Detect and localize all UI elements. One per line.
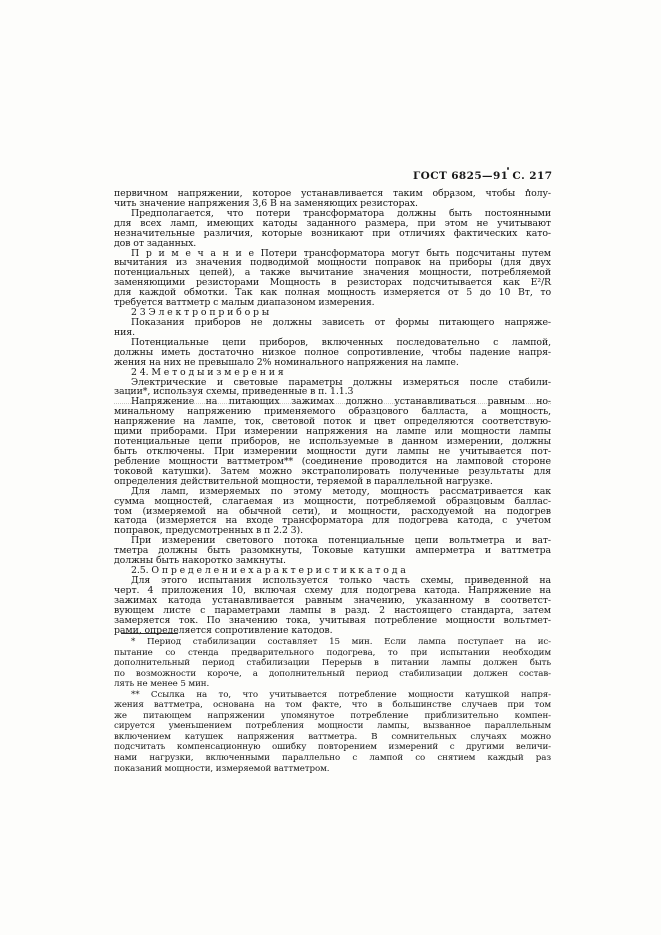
text-line: нами нагрузки, включенными параллельно с… bbox=[114, 753, 551, 764]
text-line: ** Ссылка на то, что учитывается потребл… bbox=[114, 690, 551, 701]
main-text-column: первичном напряжении, которое устанавлив… bbox=[114, 189, 551, 635]
text-line: по возможности короче, а дополнительный … bbox=[114, 669, 551, 680]
footnotes-column: * Период стабилизации составляет 15 мин.… bbox=[114, 637, 551, 774]
scanned-document-page: ГОСТ 6825—91 С. 217 первичном напряжении… bbox=[0, 0, 661, 935]
text-line: пытание со стенда предварительного подог… bbox=[114, 648, 551, 659]
text-line: дополнительный период стабилизации Перер… bbox=[114, 658, 551, 669]
text-line: лять не менее 5 мин. bbox=[114, 679, 551, 690]
text-line: сируется уменьшением потребления мощност… bbox=[114, 721, 551, 732]
text-line: рами, определяется сопротивление катодов… bbox=[114, 626, 551, 636]
text-line: сумма мощностей, слагаемая из мощности, … bbox=[114, 497, 551, 507]
text-line: же питающем напряжении упомянутое потреб… bbox=[114, 711, 551, 722]
page-header-gost-number: ГОСТ 6825—91 С. 217 bbox=[413, 170, 555, 182]
text-line: подсчитать компенсационную ошибку повтор… bbox=[114, 742, 551, 753]
scan-speck bbox=[507, 167, 509, 170]
scan-artifact-line bbox=[114, 403, 551, 404]
text-line: Показания приборов не должны зависеть от… bbox=[114, 318, 551, 328]
footnote-separator bbox=[121, 633, 178, 634]
text-line: показаний мощности, измеряемой ваттметро… bbox=[114, 764, 551, 775]
text-line: включением катушек напряжения ваттметра.… bbox=[114, 732, 551, 743]
text-line: жения ваттметра, основана на том факте, … bbox=[114, 700, 551, 711]
text-line: * Период стабилизации составляет 15 мин.… bbox=[114, 637, 551, 648]
